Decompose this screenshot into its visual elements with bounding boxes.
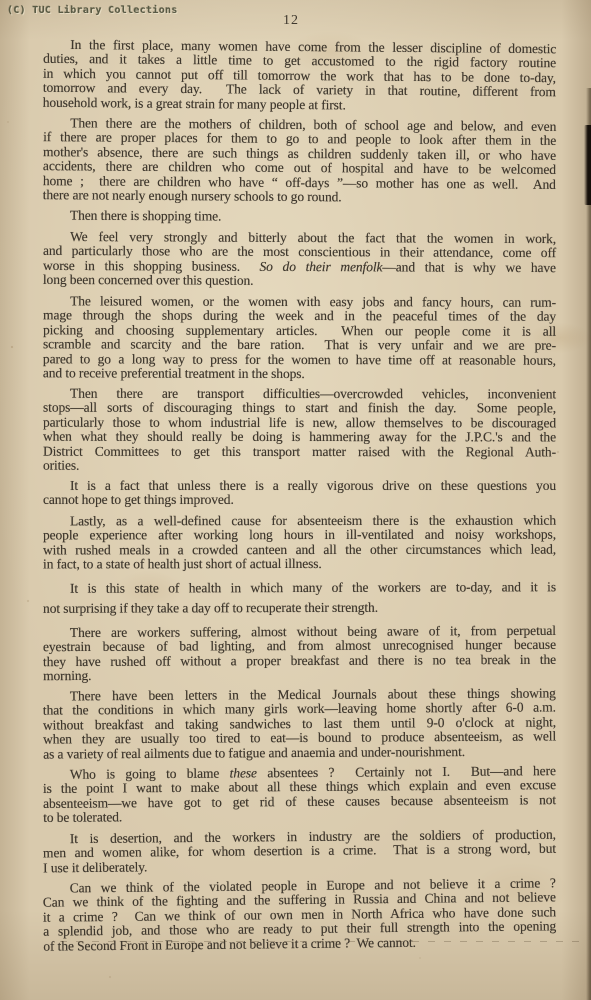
paragraph: The leisured women, or the women with ea… [43, 294, 556, 382]
text-line: not surprising if they take a day off to… [43, 597, 556, 618]
text-line: scramble and scarcity and the bare ratio… [43, 337, 556, 353]
text-line: when what they should really be doing is… [43, 430, 556, 445]
text-line: Then there is shopping time. [43, 209, 556, 226]
paragraph: Lastly, as a well-defined cause for abse… [43, 514, 556, 572]
paragraph: In the first place, many women have come… [43, 38, 557, 115]
text-line: It is this state of health in which many… [43, 577, 556, 598]
text-line: as a variety of real ailments due to fat… [43, 744, 556, 762]
text-line: morning. [43, 667, 556, 684]
paragraph: Can we think of the violated people in E… [43, 877, 557, 954]
text-line: of the Second Front in Europe and not be… [43, 934, 556, 954]
text-line: cannot hope to get things improved. [43, 494, 556, 508]
page-edge-shadow [586, 88, 591, 1000]
paragraph: It is desertion, and the workers in indu… [43, 828, 556, 876]
text-line: in fact, to a state of health just short… [43, 557, 556, 572]
text-line: long been concerned over this question. [43, 273, 556, 290]
paragraph: Then there is shopping time. [43, 209, 556, 226]
text-line: they have rushed off without a proper br… [43, 652, 556, 669]
text-line: I use it deliberately. [43, 857, 556, 876]
paragraph: It is this state of health in which many… [43, 577, 556, 618]
page-number: 12 [36, 13, 546, 29]
paragraph: Then there are transport difficulties—ov… [43, 387, 556, 474]
paragraph: Then there are the mothers of children, … [43, 116, 557, 206]
text-line: District Committees to get this transpor… [43, 444, 556, 459]
paragraph: It is a fact that unless there is a real… [43, 479, 556, 508]
paragraph: We feel very strongly and bitterly about… [43, 230, 556, 290]
page-edge-notch [584, 125, 591, 205]
paragraph: There are workers suffering, almost with… [43, 624, 556, 684]
text-line: to be tolerated. [43, 808, 556, 826]
text-line: and to receive preferential treatment in… [43, 366, 556, 382]
paragraph: There have been letters in the Medical J… [43, 687, 556, 762]
document-text-block: In the first place, many women have come… [43, 40, 556, 957]
scanned-document-page: { "watermark": "(C) TUC Library Collecti… [0, 0, 591, 1000]
paragraph: Who is going to blame these absentees ? … [43, 765, 556, 826]
text-line: orities. [43, 459, 556, 474]
